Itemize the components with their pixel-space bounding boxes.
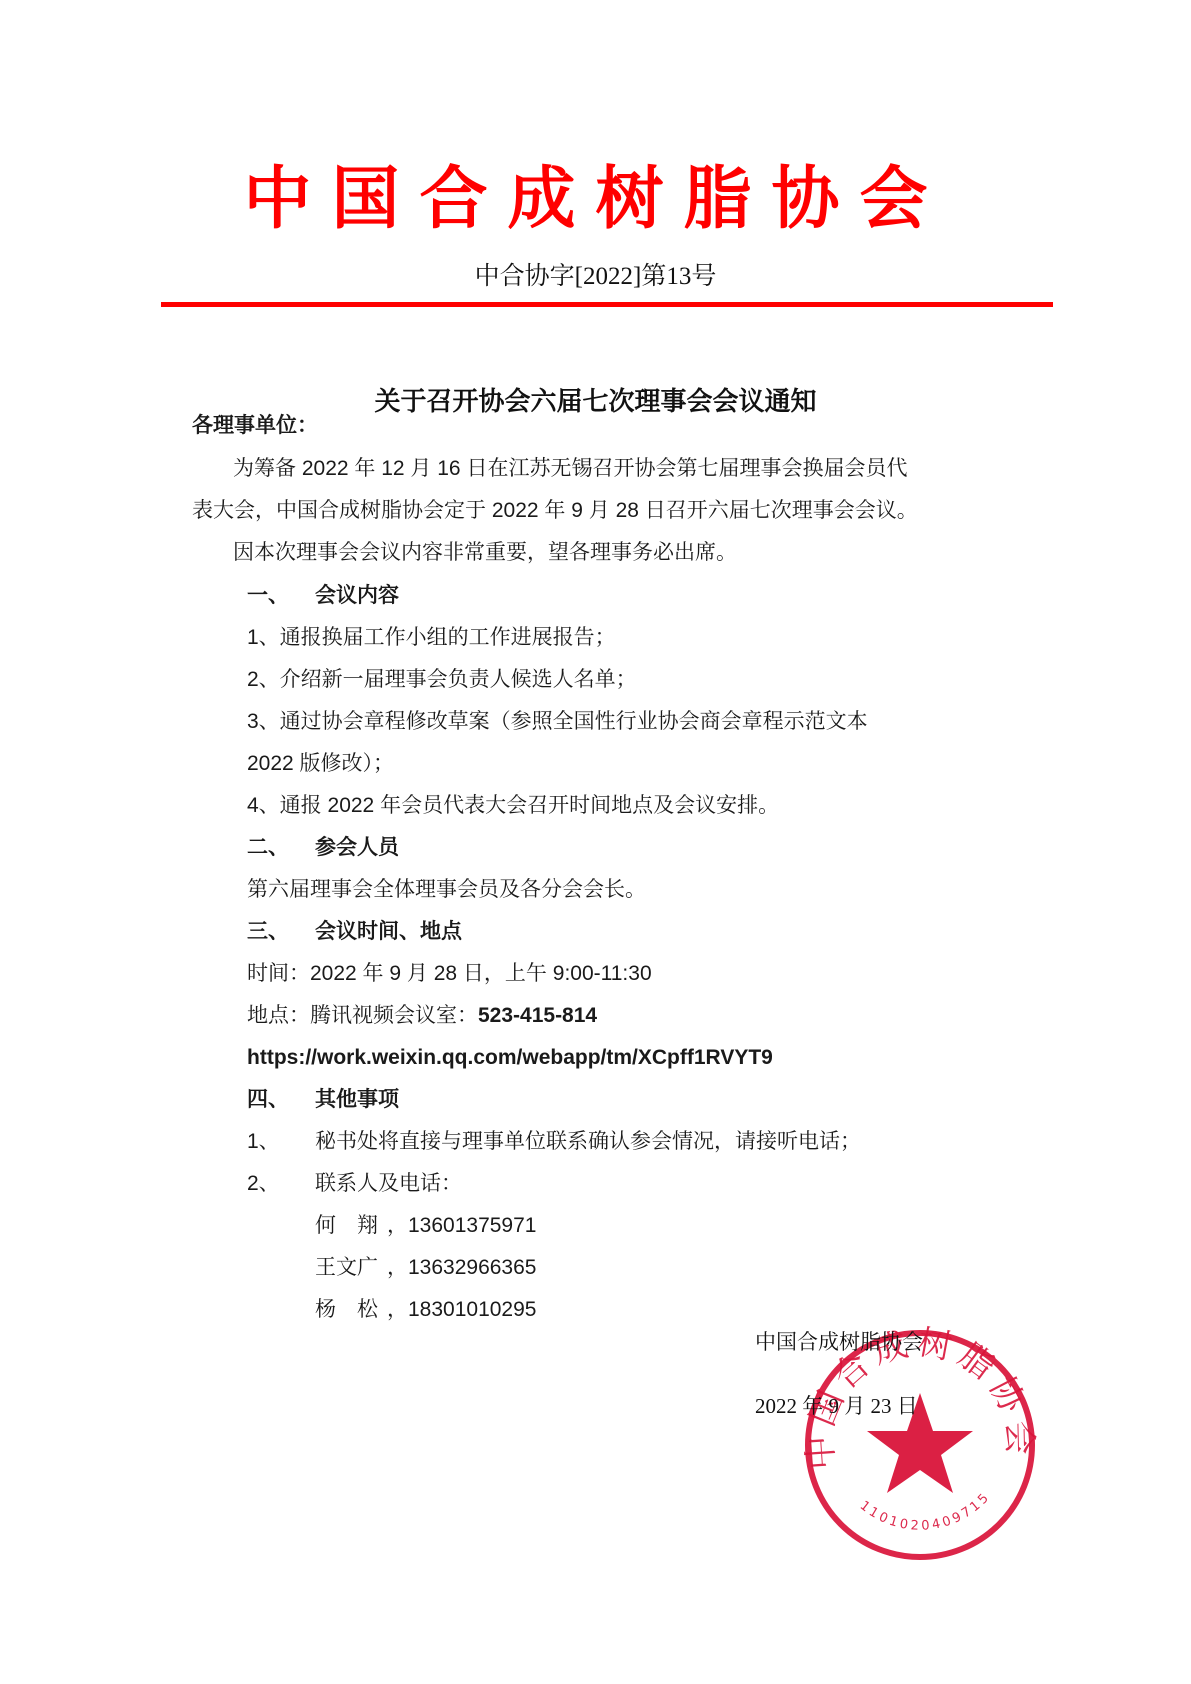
organization-title: 中国合成树脂协会 [0,160,1191,240]
paragraph-1: 为筹备 2022 年 12 月 16 日在江苏无锡召开协会第七届理事会换届会员代 [233,455,907,483]
section-4-heading: 四、其他事项 [247,1086,399,1114]
meeting-id: 523-415-814 [478,1004,597,1027]
section-number: 四、 [247,1086,315,1114]
separator: ， [387,1214,408,1237]
contact-phone: 13601375971 [408,1214,536,1237]
signature-date: 2022 年 9 月 23 日 [755,1390,918,1420]
list-item: 4、通报 2022 年会员代表大会召开时间地点及会议安排。 [247,792,779,820]
separator: ， [387,1298,408,1321]
separator: ， [387,1256,408,1279]
red-divider [161,302,1053,307]
section-2-heading: 二、参会人员 [247,834,399,862]
place-label: 地点：腾讯视频会议室： [247,1004,478,1027]
time-value: 2022 年 9 月 28 日，上午 9:00-11:30 [310,962,652,985]
meeting-url-link[interactable]: https://work.weixin.qq.com/webapp/tm/XCp… [247,1044,773,1072]
meeting-place: 地点：腾讯视频会议室：523-415-814 [247,1002,597,1030]
document-number: 中合协字[2022]第13号 [0,262,1191,292]
contact-name: 何 翔 [315,1212,387,1240]
official-seal: 中国合成树脂协会 1101020409715 [800,1325,1040,1565]
attendees-text: 第六届理事会全体理事会员及各分会会长。 [247,876,646,904]
section-3-heading: 三、会议时间、地点 [247,918,462,946]
item-text: 秘书处将直接与理事单位联系确认参会情况，请接听电话； [315,1130,861,1153]
seal-icon: 中国合成树脂协会 1101020409715 [800,1325,1040,1565]
section-number: 三、 [247,918,315,946]
list-item: 1、秘书处将直接与理事单位联系确认参会情况，请接听电话； [247,1128,861,1156]
contact-phone: 13632966365 [408,1256,536,1279]
salutation: 各理事单位： [192,412,318,440]
list-item: 2、联系人及电话： [247,1170,462,1198]
section-title: 会议时间、地点 [315,920,462,943]
item-number: 2、 [247,1170,315,1198]
section-title: 会议内容 [315,584,399,607]
item-text: 联系人及电话： [315,1172,462,1195]
contact-row: 杨 松，18301010295 [315,1296,536,1324]
section-title: 其他事项 [315,1088,399,1111]
list-item: 1、通报换届工作小组的工作进展报告； [247,624,616,652]
section-number: 二、 [247,834,315,862]
section-number: 一、 [247,582,315,610]
contact-row: 何 翔，13601375971 [315,1212,536,1240]
item-number: 1、 [247,1128,315,1156]
paragraph-3: 因本次理事会会议内容非常重要，望各理事务必出席。 [233,539,737,567]
contact-name: 王文广 [315,1254,387,1282]
contact-phone: 18301010295 [408,1298,536,1321]
notice-title: 关于召开协会六届七次理事会会议通知 [0,385,1191,419]
section-title: 参会人员 [315,836,399,859]
list-item: 2、介绍新一届理事会负责人候选人名单； [247,666,637,694]
list-item-continuation: 2022 版修改）； [247,750,394,778]
list-item: 3、通过协会章程修改草案（参照全国性行业协会商会章程示范文本 [247,708,868,736]
signature-organization: 中国合成树脂协会 [755,1326,923,1356]
meeting-time: 时间：2022 年 9 月 28 日，上午 9:00-11:30 [247,960,652,988]
contact-row: 王文广，13632966365 [315,1254,536,1282]
contact-name: 杨 松 [315,1296,387,1324]
time-label: 时间： [247,962,310,985]
section-1-heading: 一、会议内容 [247,582,399,610]
svg-text:1101020409715: 1101020409715 [857,1489,994,1534]
paragraph-2: 表大会，中国合成树脂协会定于 2022 年 9 月 28 日召开六届七次理事会会… [192,497,918,525]
